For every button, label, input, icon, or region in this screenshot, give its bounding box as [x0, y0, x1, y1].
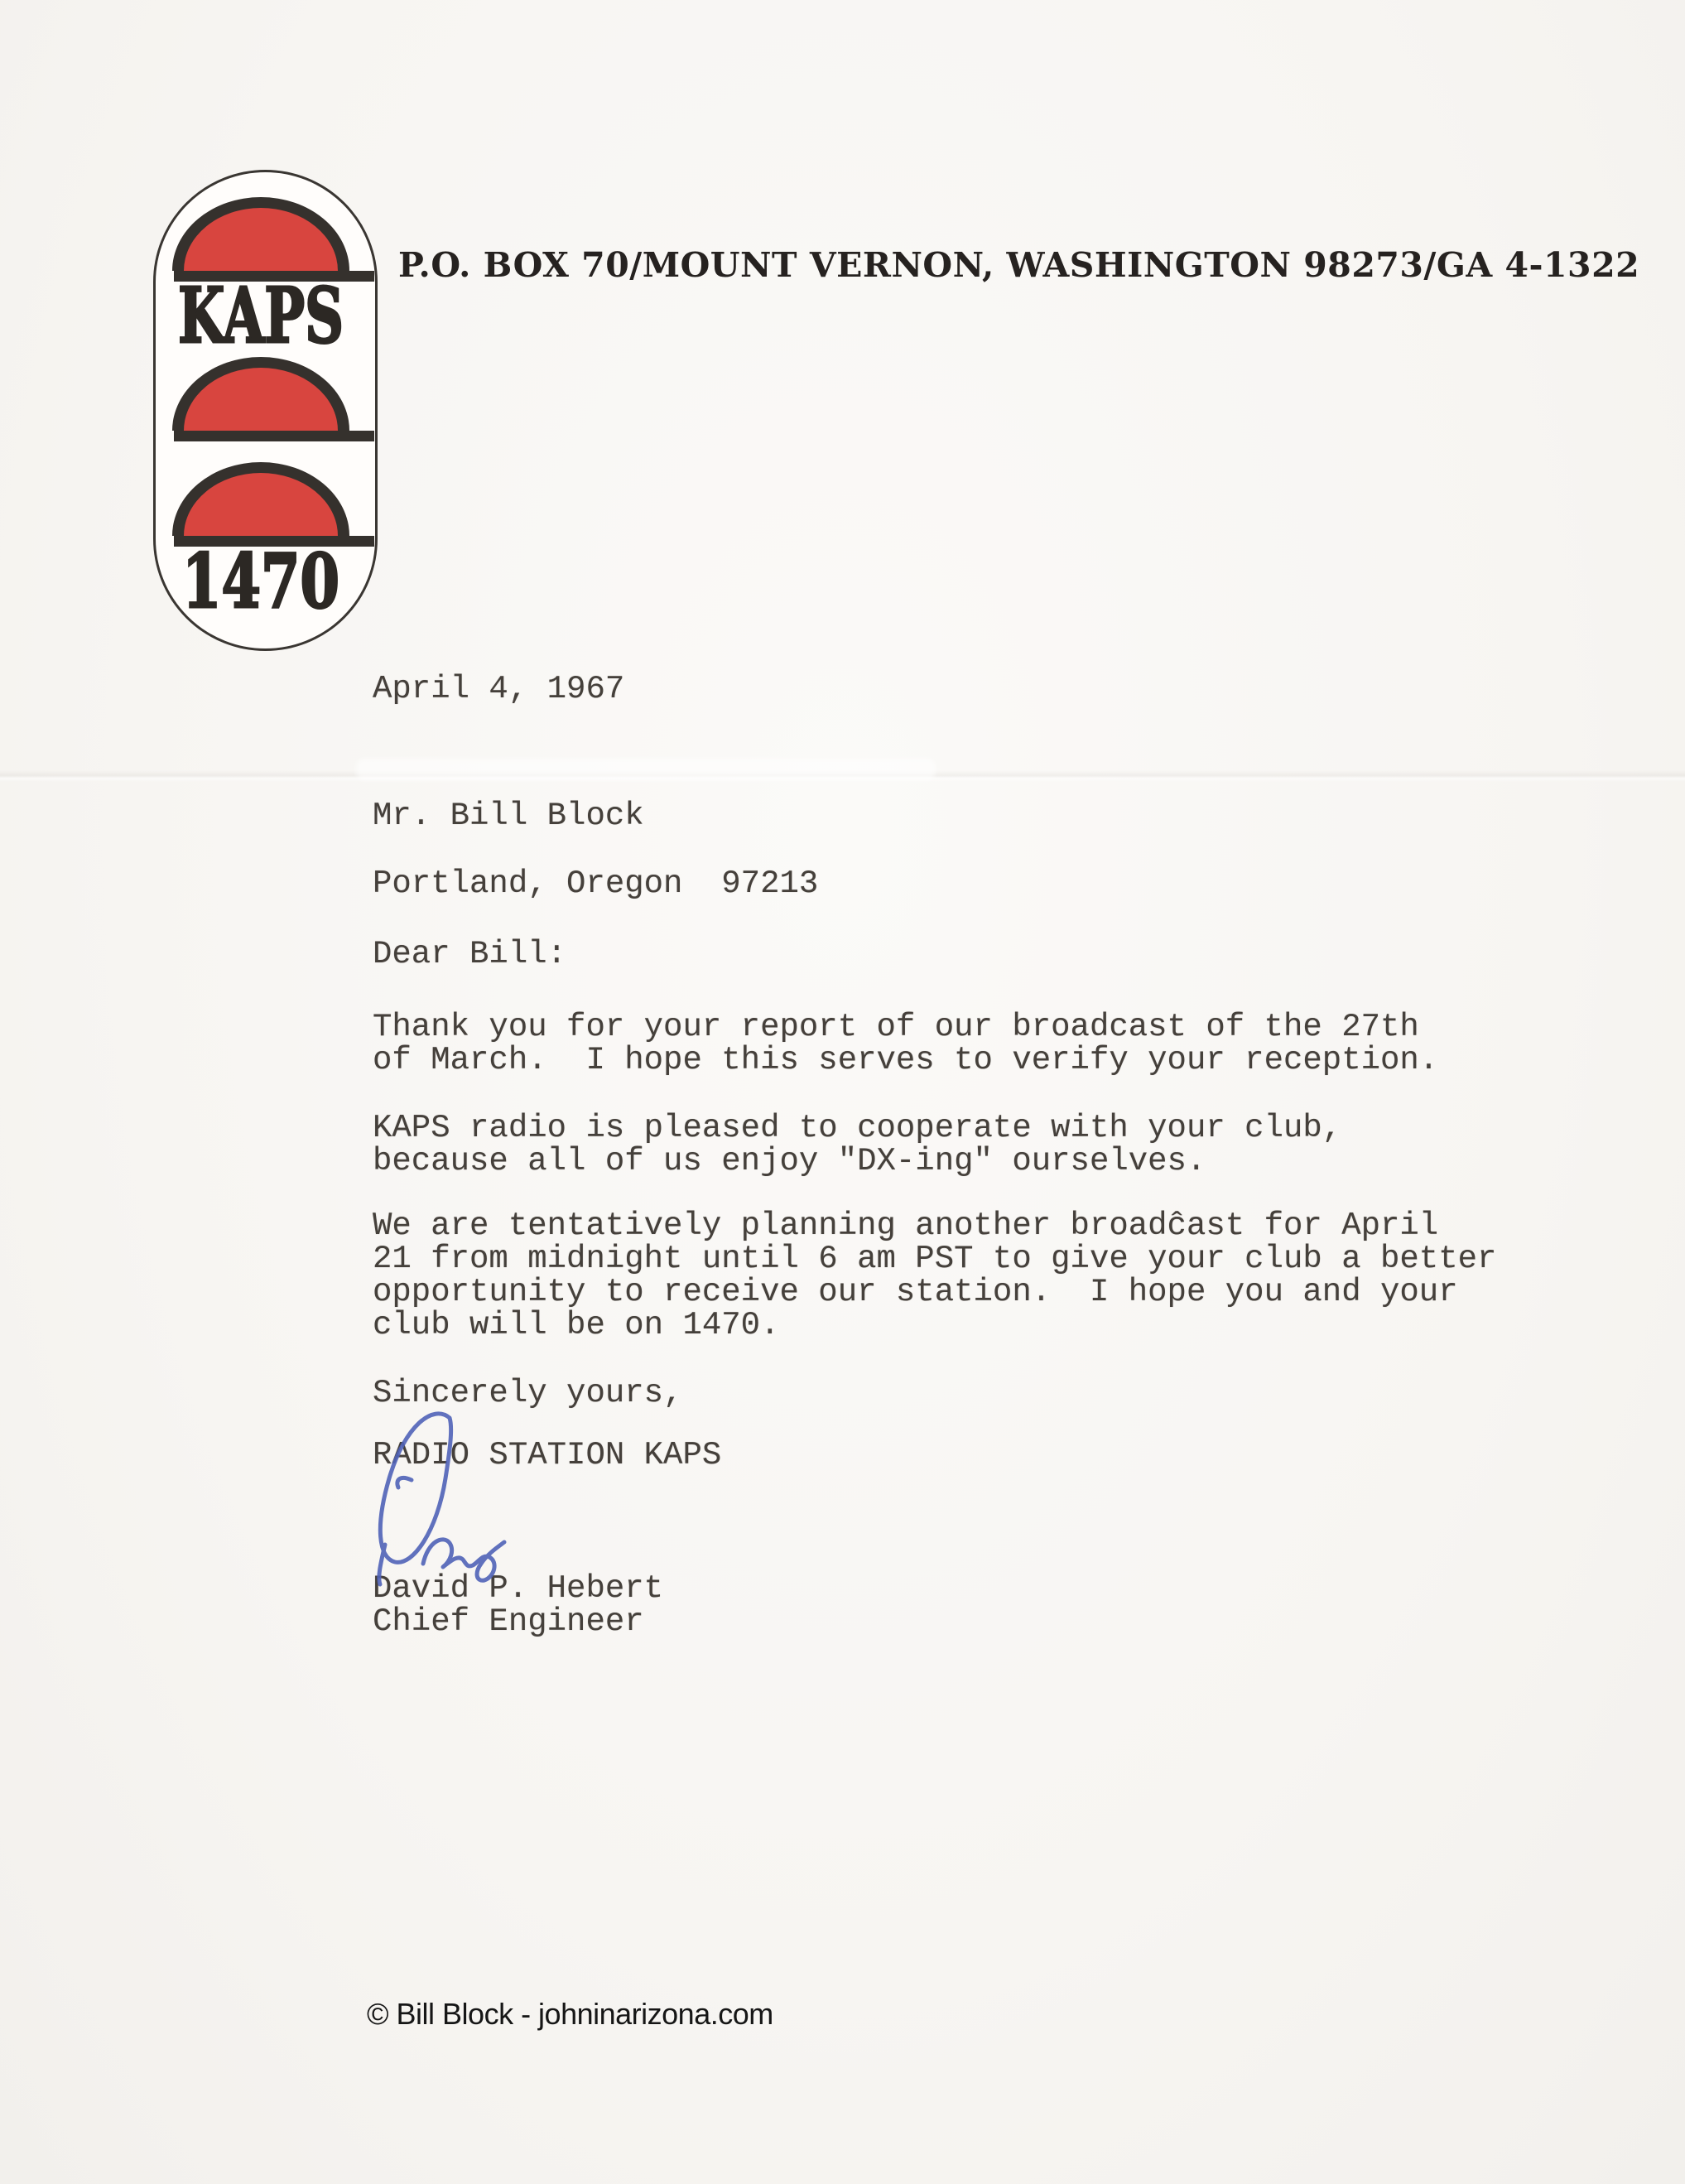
body-line: opportunity to receive our station. I ho…: [373, 1275, 1458, 1309]
scanned-letter-page: KAPS 1470 P.O. BOX 70/MOUNT VERNON, WASH…: [0, 0, 1685, 2184]
letterhead-address: P.O. BOX 70/MOUNT VERNON, WASHINGTON 982…: [398, 245, 1639, 285]
body-line: because all of us enjoy "DX-ing" ourselv…: [373, 1145, 1206, 1178]
signature-ink: [352, 1396, 584, 1611]
logo-station-text: KAPS: [178, 271, 344, 360]
salutation: Dear Bill:: [373, 938, 566, 971]
recipient-address: Portland, Oregon 97213: [373, 867, 818, 900]
body-line: of March. I hope this serves to verify y…: [373, 1044, 1438, 1077]
erased-line-artifact: [356, 759, 936, 780]
body-line: club will be on 1470.: [373, 1309, 779, 1342]
body-line: KAPS radio is pleased to cooperate with …: [373, 1111, 1341, 1145]
kaps-logo: KAPS 1470: [152, 168, 388, 657]
letter-date: April 4, 1967: [373, 673, 624, 706]
logo-frequency-text: 1470: [182, 538, 339, 625]
body-line: We are tentatively planning another broa…: [373, 1209, 1438, 1242]
photo-credit: © Bill Block - johninarizona.com: [367, 1998, 773, 2031]
recipient-name: Mr. Bill Block: [373, 799, 644, 832]
body-line: Thank you for your report of our broadca…: [373, 1010, 1419, 1044]
body-line: 21 from midnight until 6 am PST to give …: [373, 1242, 1496, 1275]
